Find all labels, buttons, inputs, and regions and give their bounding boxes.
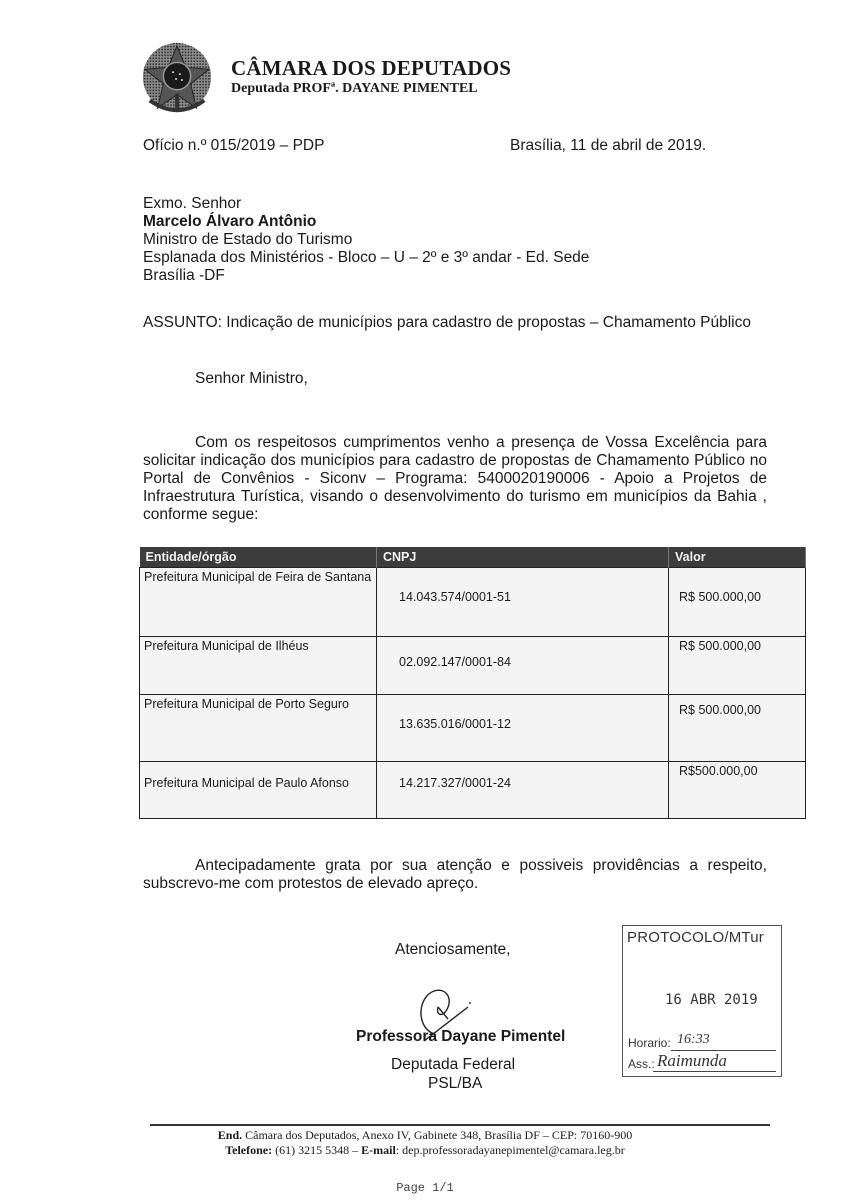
stamp-sign-line	[653, 1071, 776, 1072]
value-amount: R$ 500.000,00	[679, 703, 761, 717]
footer-phone: (61) 3215 5348	[275, 1143, 349, 1157]
protocol-stamp: PROTOCOLO/MTur 16 ABR 2019 Horario: 16:3…	[622, 925, 782, 1077]
value-cell: R$ 500.000,00	[669, 695, 806, 762]
municipalities-table: Entidade/órgão CNPJ Valor Prefeitura Mun…	[139, 547, 806, 819]
column-header-value: Valor	[669, 547, 806, 568]
footer-divider	[150, 1124, 770, 1126]
column-header-entity: Entidade/órgão	[140, 547, 377, 568]
recipient-title: Ministro de Estado do Turismo	[143, 231, 783, 249]
greeting: Senhor Ministro,	[195, 370, 308, 388]
stamp-hour-value: 16:33	[677, 1032, 710, 1048]
value-cell: R$ 500.000,00	[669, 568, 806, 637]
stamp-sign-label: Ass.:	[628, 1057, 655, 1071]
stamp-date: 16 ABR 2019	[665, 992, 758, 1008]
recipient-block: Exmo. Senhor Marcelo Álvaro Antônio Mini…	[143, 195, 783, 285]
cnpj-cell: 14.217.327/0001-24	[377, 762, 669, 819]
entity-cell: Prefeitura Municipal de Ilhéus	[140, 637, 377, 695]
subject-line: ASSUNTO: Indicação de municípios para ca…	[143, 313, 783, 332]
cnpj-value: 14.217.327/0001-24	[399, 776, 511, 790]
recipient-city: Brasília -DF	[143, 267, 783, 285]
body-paragraph: Com os respeitosos cumprimentos venho a …	[143, 434, 767, 524]
deputy-name-header: Deputada PROFª. DAYANE PIMENTEL	[231, 81, 478, 97]
place-date: Brasília, 11 de abril de 2019.	[510, 137, 706, 155]
body-paragraph-text: Com os respeitosos cumprimentos venho a …	[143, 434, 767, 523]
organization-name: CÂMARA DOS DEPUTADOS	[231, 56, 511, 81]
table-row: Prefeitura Municipal de Feira de Santana…	[140, 568, 806, 637]
signer-name: Professora Dayane Pimentel	[356, 1028, 565, 1046]
cnpj-cell: 02.092.147/0001-84	[377, 637, 669, 695]
table-row: Prefeitura Municipal de Porto Seguro 13.…	[140, 695, 806, 762]
cnpj-value: 13.635.016/0001-12	[399, 717, 511, 731]
cnpj-value: 14.043.574/0001-51	[399, 590, 511, 604]
footer-email-label: E-mail	[361, 1143, 396, 1157]
footer-address-label: End.	[218, 1128, 242, 1142]
table-row: Prefeitura Municipal de Paulo Afonso 14.…	[140, 762, 806, 819]
value-amount: R$ 500.000,00	[679, 590, 761, 604]
signer-party: PSL/BA	[428, 1075, 482, 1093]
column-header-cnpj: CNPJ	[377, 547, 669, 568]
footer-address: End. Câmara dos Deputados, Anexo IV, Gab…	[0, 1128, 850, 1143]
footer-email: dep.professoradayanepimentel@camara.leg.…	[402, 1143, 625, 1157]
stamp-title: PROTOCOLO/MTur	[627, 929, 764, 946]
footer-phone-label: Telefone:	[225, 1143, 272, 1157]
closing-salutation: Atenciosamente,	[395, 941, 510, 959]
stamp-sign-value: Raimunda	[657, 1051, 727, 1071]
entity-cell: Prefeitura Municipal de Feira de Santana	[140, 568, 377, 637]
page-indicator: Page 1/1	[0, 1181, 850, 1195]
recipient-salutation: Exmo. Senhor	[143, 195, 783, 213]
oficio-number: Ofício n.º 015/2019 – PDP	[143, 137, 324, 155]
footer-address-text: Câmara dos Deputados, Anexo IV, Gabinete…	[245, 1128, 632, 1142]
entity-cell: Prefeitura Municipal de Paulo Afonso	[140, 762, 377, 819]
recipient-address: Esplanada dos Ministérios - Bloco – U – …	[143, 249, 783, 267]
signer-role: Deputada Federal	[391, 1056, 515, 1074]
cnpj-value: 02.092.147/0001-84	[399, 655, 511, 669]
stamp-hour-label: Horario:	[628, 1036, 671, 1050]
table-row: Prefeitura Municipal de Ilhéus 02.092.14…	[140, 637, 806, 695]
cnpj-cell: 14.043.574/0001-51	[377, 568, 669, 637]
closing-paragraph-text: Antecipadamente grata por sua atenção e …	[143, 857, 767, 892]
value-cell: R$ 500.000,00	[669, 637, 806, 695]
closing-paragraph: Antecipadamente grata por sua atenção e …	[143, 857, 767, 893]
table-header-row: Entidade/órgão CNPJ Valor	[140, 547, 806, 568]
footer-contact: Telefone: (61) 3215 5348 – E-mail: dep.p…	[0, 1143, 850, 1158]
brazil-coat-of-arms-icon	[138, 40, 216, 118]
recipient-name: Marcelo Álvaro Antônio	[143, 213, 783, 231]
value-cell: R$500.000,00	[669, 762, 806, 819]
cnpj-cell: 13.635.016/0001-12	[377, 695, 669, 762]
entity-cell: Prefeitura Municipal de Porto Seguro	[140, 695, 377, 762]
entity-name: Prefeitura Municipal de Paulo Afonso	[144, 776, 349, 790]
